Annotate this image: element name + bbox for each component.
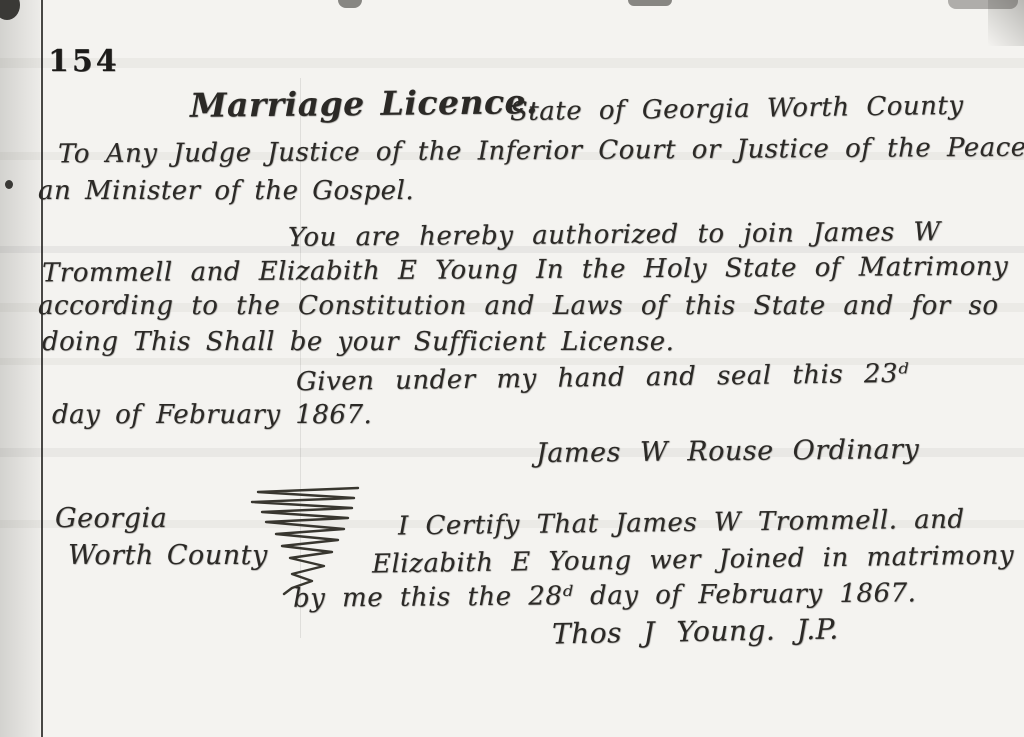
- margin-rule-line: [41, 0, 43, 737]
- jurisdiction-header: State of Georgia Worth County: [510, 91, 964, 127]
- license-body-line-3: according to the Constitution and Laws o…: [38, 291, 998, 321]
- scan-artifact: [628, 0, 672, 6]
- certification-line-2: Elizabith E Young wer Joined in matrimon…: [372, 541, 1014, 580]
- certification-line-3: by me this the 28ᵈ day of February 1867.: [293, 578, 917, 613]
- scan-artifact: [988, 0, 1024, 46]
- page-binding-shadow: [0, 0, 40, 737]
- dateline-line-1: Given under my hand and seal this 23ᵈ: [296, 359, 909, 398]
- salutation-line-1: To Any Judge Justice of the Inferior Cou…: [58, 133, 1024, 170]
- scan-band: [0, 58, 1024, 68]
- scan-artifact: [5, 180, 13, 189]
- certification-line-1: I Certify That James W Trommell. and: [398, 505, 965, 542]
- scanned-marriage-license-page: 154 Marriage Licence. State of Georgia W…: [0, 0, 1024, 737]
- salutation-line-2: an Minister of the Gospel.: [38, 176, 414, 206]
- license-body-line-1: You are hereby authorized to join James …: [288, 217, 941, 253]
- license-body-line-4: doing This Shall be your Sufficient Lice…: [42, 327, 674, 357]
- margin-state-label: Georgia: [55, 503, 167, 534]
- page-number: 154: [48, 44, 120, 79]
- license-body-line-2: Trommell and Elizabith E Young In the Ho…: [42, 252, 1008, 289]
- dateline-line-2: day of February 1867.: [52, 400, 372, 430]
- ordinary-signature: James W Rouse Ordinary: [536, 434, 920, 469]
- jp-signature: Thos J Young. J.P.: [552, 613, 839, 651]
- scan-artifact: [338, 0, 362, 8]
- document-title: Marriage Licence.: [190, 82, 538, 125]
